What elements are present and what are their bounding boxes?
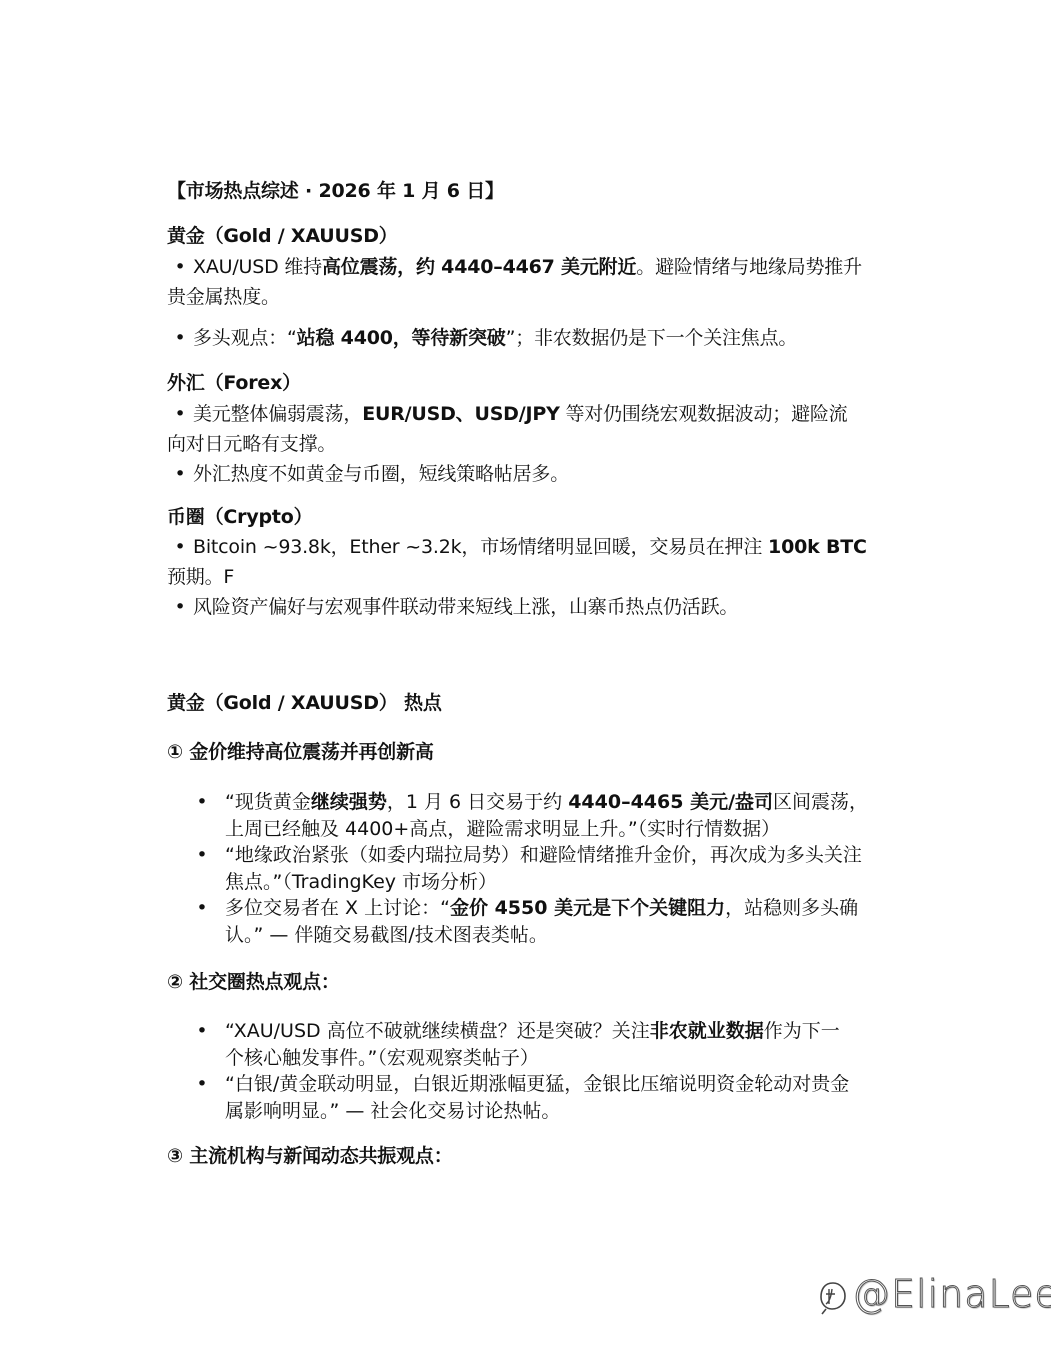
zhihu-logo-icon (818, 1280, 848, 1314)
crypto-bullet-1-cont: 预期。F (167, 564, 234, 590)
crypto-bullet-1: •Bitcoin ~93.8k，Ether ~3.2k，市场情绪明显回暖，交易员… (167, 534, 867, 560)
gold-bullet-2: •多头观点：“站稳 4400，等待新突破”；非农数据仍是下一个关注焦点。 (167, 325, 797, 351)
bullet-icon: • (195, 842, 209, 868)
bullet-icon: • (167, 254, 193, 280)
subsection-heading-2: ② 社交圈热点观点： (167, 969, 340, 995)
watermark: @ElinaLee (818, 1272, 1051, 1316)
bullet-icon: • (167, 594, 193, 620)
bullet-icon: • (167, 461, 193, 487)
bullet-icon: • (195, 789, 209, 815)
subsection-heading-3: ③ 主流机构与新闻动态共振观点： (167, 1143, 453, 1169)
bullet-icon: • (167, 325, 193, 351)
subsection-heading-1: ① 金价维持高位震荡并再创新高 (167, 739, 434, 765)
bullet-icon: • (195, 895, 209, 921)
bullet-icon: • (195, 1071, 209, 1097)
document-title: 【市场热点综述 · 2026 年 1 月 6 日】 (167, 178, 504, 204)
crypto-bullet-2: •风险资产偏好与宏观事件联动带来短线上涨，山寨币热点仍活跃。 (167, 594, 738, 620)
bullet-icon: • (167, 534, 193, 560)
forex-bullet-1-cont: 向对日元略有支撑。 (167, 431, 336, 457)
forex-bullet-1: •美元整体偏弱震荡，EUR/USD、USD/JPY 等对仍围绕宏观数据波动；避险… (167, 401, 847, 427)
section-heading-crypto: 币圈（Crypto） (167, 504, 312, 530)
section-heading-hotspots: 黄金（Gold / XAUUSD） 热点 (167, 690, 442, 716)
gold-bullet-1-cont: 贵金属热度。 (167, 284, 280, 310)
section-heading-gold: 黄金（Gold / XAUUSD） (167, 223, 398, 249)
bullet-icon: • (167, 401, 193, 427)
bullet-icon: • (195, 1018, 209, 1044)
section-heading-forex: 外汇（Forex） (167, 370, 301, 396)
gold-bullet-1: •XAU/USD 维持高位震荡，约 4440–4467 美元附近。避险情绪与地缘… (167, 254, 862, 280)
forex-bullet-2: •外汇热度不如黄金与币圈，短线策略帖居多。 (167, 461, 569, 487)
